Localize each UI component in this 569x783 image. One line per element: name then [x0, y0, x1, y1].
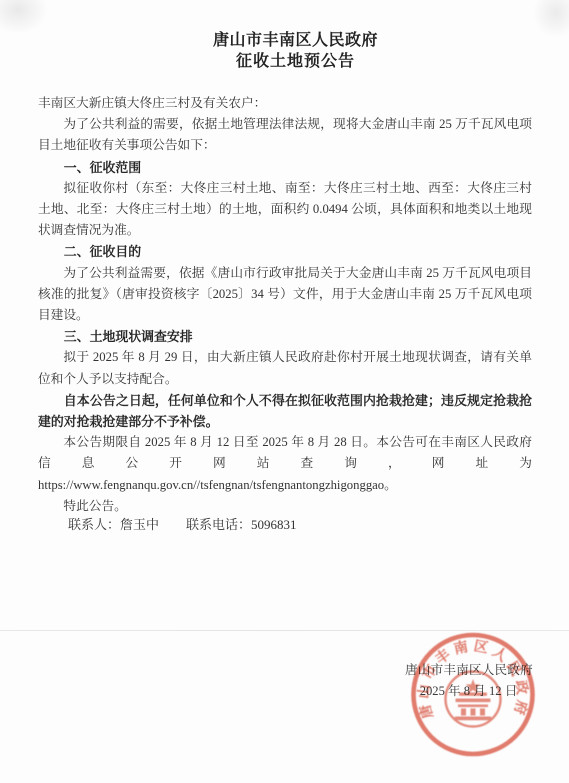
paragraph-warning: 自本公告之日起，任何单位和个人不得在拟征收范围内抢栽抢建；违反规定抢栽抢建的对抢… [38, 390, 532, 432]
signature-block: 唐山市丰南区人民政府 2025 年 8 月 12 日 [405, 660, 532, 702]
signature-issuer: 唐山市丰南区人民政府 [405, 660, 532, 681]
title-issuer-line: 唐山市丰南区人民政府 [11, 30, 569, 51]
contact-line: 联系人：詹玉中联系电话：5096831 [68, 514, 297, 535]
section-2-heading: 二、征收目的 [38, 241, 532, 262]
salutation: 丰南区大新庄镇大佟庄三村及有关农户： [38, 93, 532, 114]
contact-person-name: 詹玉中 [120, 517, 159, 532]
section-1-heading: 一、征收范围 [38, 157, 532, 178]
scan-noise-top-left [0, 0, 48, 34]
contact-person-label: 联系人： [68, 517, 120, 532]
paragraph-duration-and-url: 本公告期限自 2025 年 8 月 12 日至 2025 年 8 月 28 日。… [38, 432, 532, 496]
title-subject-line: 征收土地预公告 [11, 51, 569, 72]
signature-date: 2025 年 8 月 12 日 [405, 681, 532, 702]
section-3-body: 拟于 2025 年 8 月 29 日，由大新庄镇人民政府赴你村开展土地现状调查，… [38, 347, 532, 389]
document-title: 唐山市丰南区人民政府 征收土地预公告 [11, 30, 569, 72]
section-1-body: 拟征收你村（东至：大佟庄三村土地、南至：大佟庄三村土地、西至：大佟庄三村土地、北… [38, 178, 532, 242]
section-3-heading: 三、土地现状调查安排 [38, 326, 532, 347]
announcement-page: 唐山市丰南区人民政府 征收土地预公告 丰南区大新庄镇大佟庄三村及有关农户： 为了… [0, 0, 569, 783]
section-2-body: 为了公共利益需要，依据《唐山市行政审批局关于大金唐山丰南 25 万千瓦风电项目核… [38, 263, 532, 327]
contact-phone-label: 联系电话： [186, 517, 251, 532]
document-body: 丰南区大新庄镇大佟庄三村及有关农户： 为了公共利益的需要，依据土地管理法律法规，… [38, 93, 532, 517]
paragraph-intro: 为了公共利益的需要，依据土地管理法律法规，现将大金唐山丰南 25 万千瓦风电项目… [38, 114, 532, 156]
scan-fold-line [0, 630, 569, 631]
contact-phone-number: 5096831 [251, 517, 297, 532]
